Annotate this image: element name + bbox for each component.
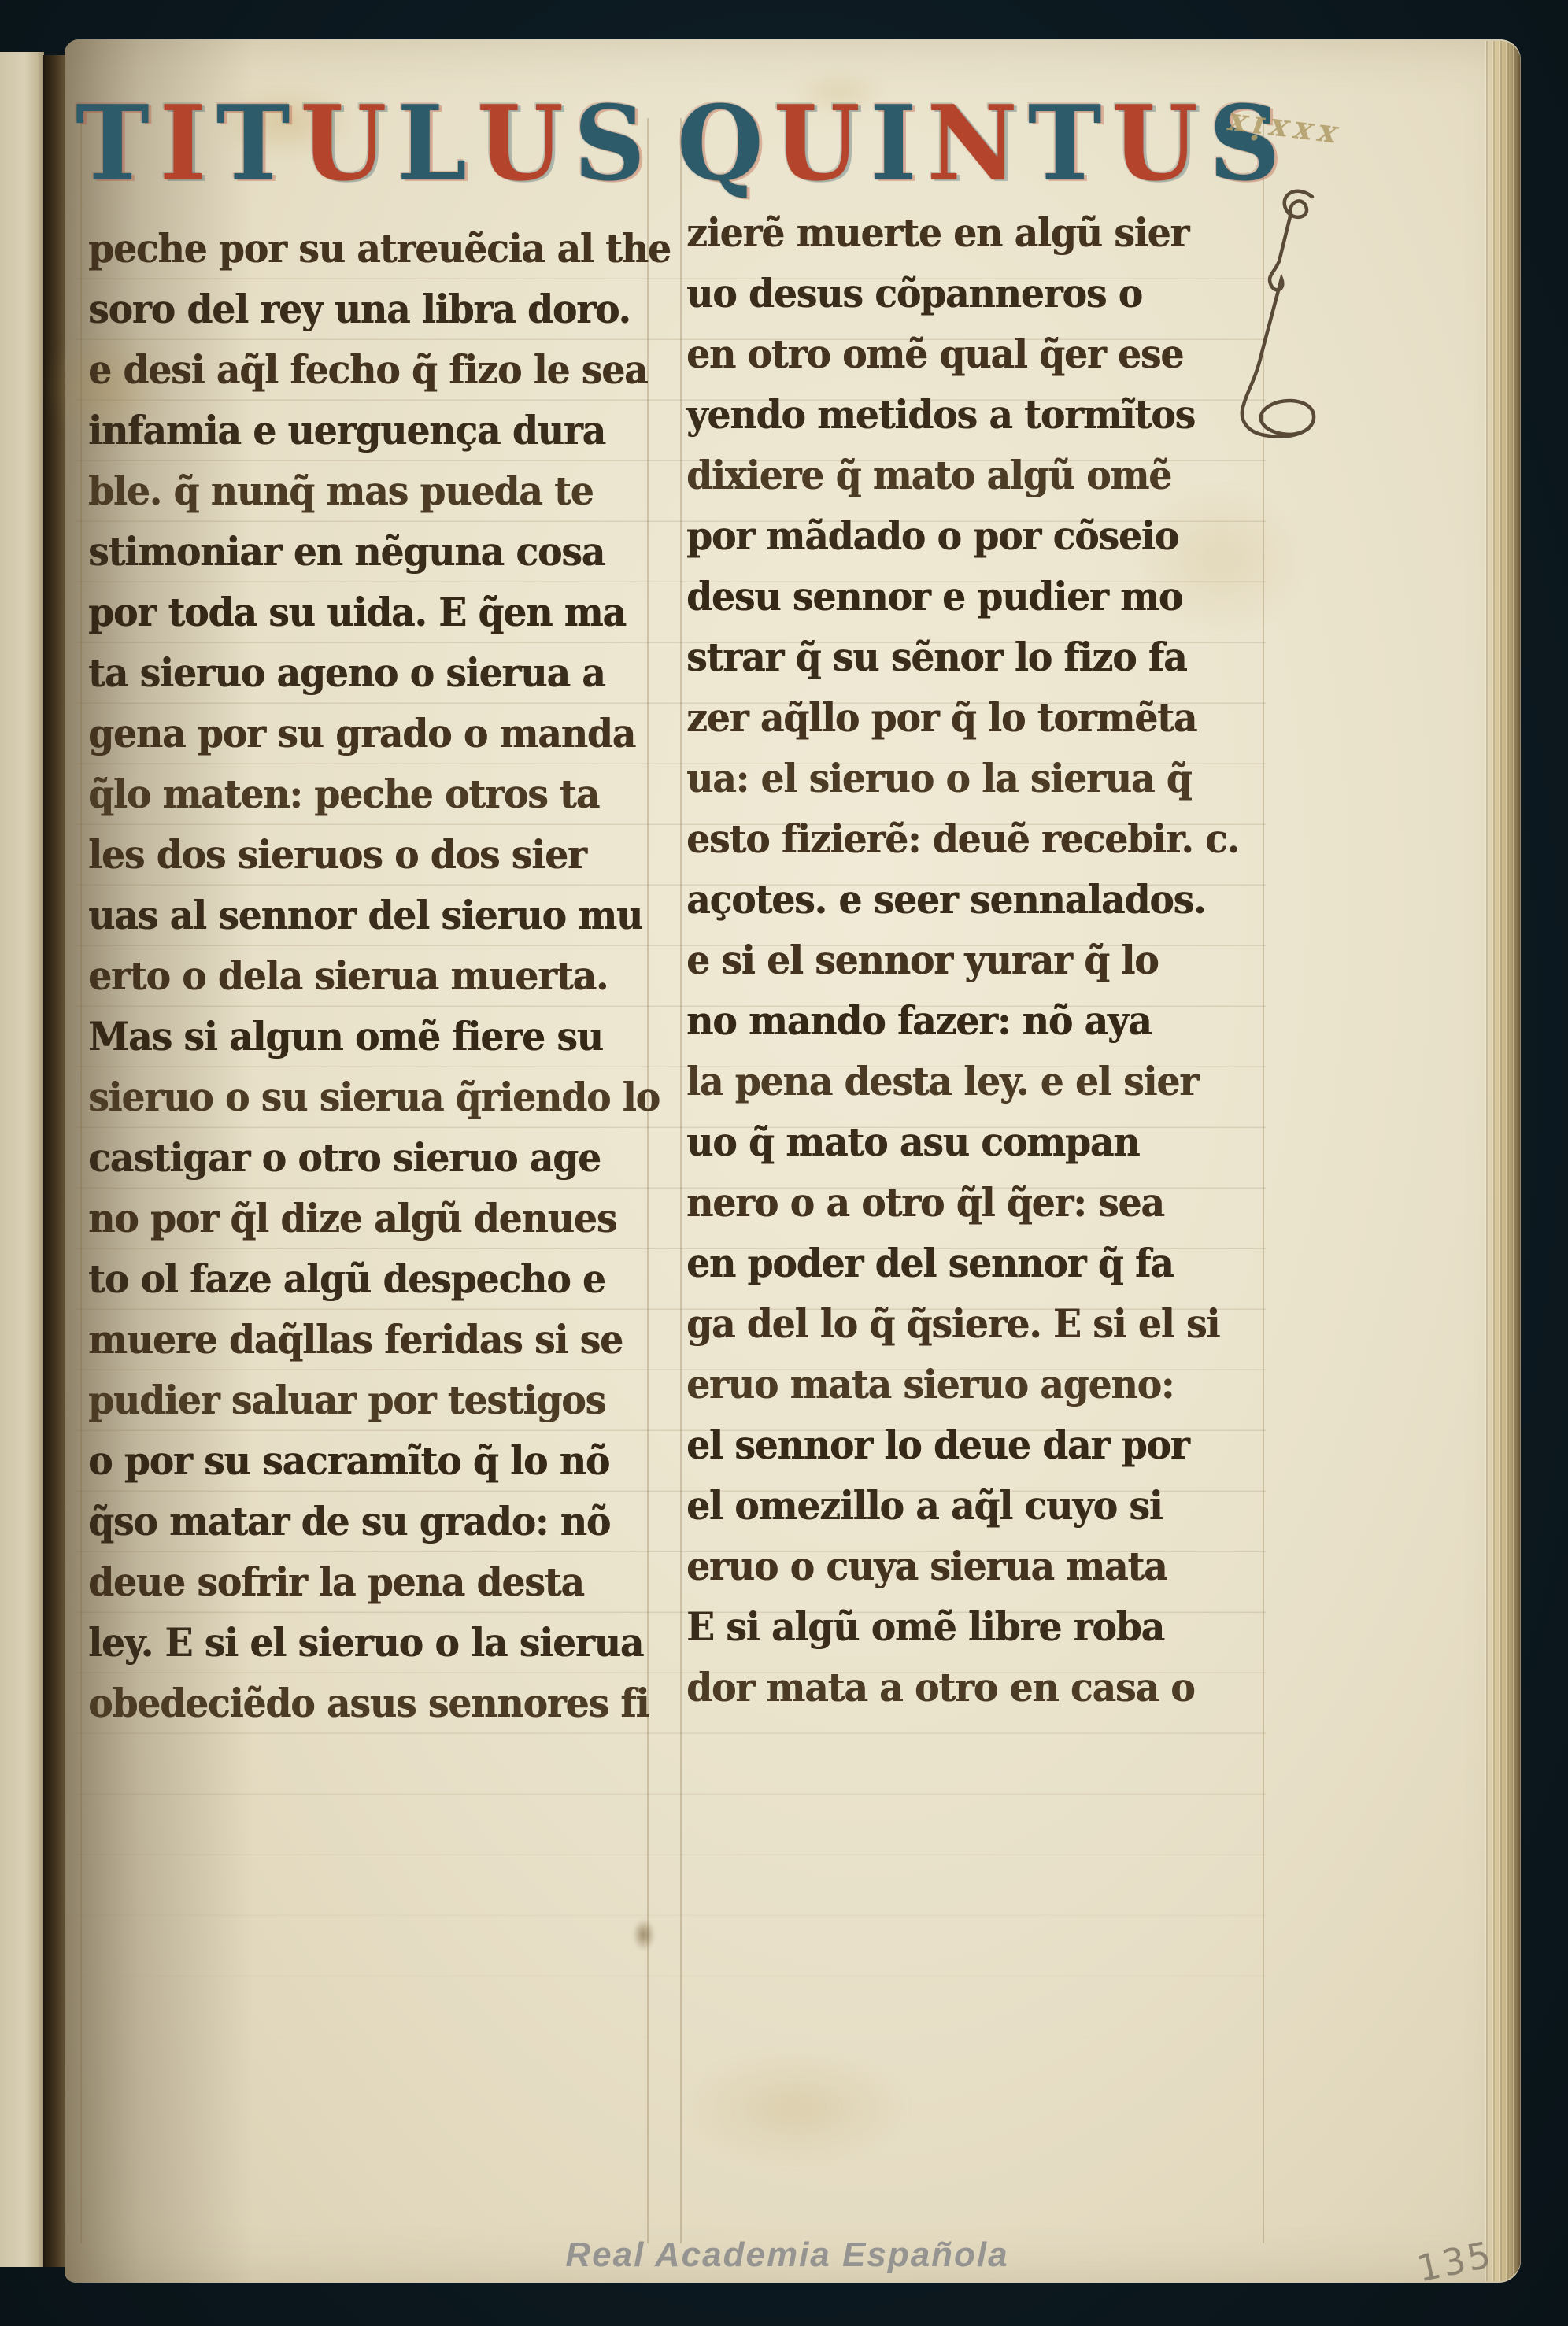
manuscript-line: q̃so matar de su grado: nõ xyxy=(88,1490,663,1555)
manuscript-line: desu sennor e pudier mo xyxy=(686,565,1261,630)
manuscript-line: gena por su grado o manda xyxy=(88,702,663,767)
illuminated-letter: Q xyxy=(677,83,774,204)
manuscript-line: uo q̃ mato asu compan xyxy=(686,1111,1261,1175)
left-text-column: peche por su atreuẽcia al thesoro del re… xyxy=(88,219,663,1734)
manuscript-line: zierẽ muerte en algũ sier xyxy=(686,202,1261,266)
manuscript-line: dixiere q̃ mato algũ omẽ xyxy=(686,444,1261,508)
vertical-ruling-line xyxy=(80,118,82,2243)
manuscript-line: el sennor lo deue dar por xyxy=(686,1414,1261,1478)
illuminated-letter: U xyxy=(477,83,574,204)
right-text-column: zierẽ muerte en algũ sieruo desus cõpann… xyxy=(686,203,1261,1718)
manuscript-photo: { "page": { "title": { "word1": "TITULUS… xyxy=(0,0,1568,2326)
manuscript-line: no mando fazer: nõ aya xyxy=(686,989,1261,1054)
manuscript-line: esto fizierẽ: deuẽ recebir. c. xyxy=(686,808,1261,872)
illuminated-letter: L xyxy=(397,83,477,204)
manuscript-line: castigar o otro sieruo age xyxy=(88,1126,663,1191)
illuminated-letter: T xyxy=(216,83,301,204)
manuscript-line: pudier saluar por testigos xyxy=(88,1369,663,1433)
manuscript-line: o por su sacramĩto q̃ lo nõ xyxy=(88,1429,663,1494)
illuminated-letter: U xyxy=(1112,83,1209,204)
manuscript-line: strar q̃ su sẽnor lo fizo fa xyxy=(686,626,1261,690)
manuscript-line: soro del rey una libra doro. xyxy=(88,278,663,342)
manuscript-line: uo desus cõpanneros o xyxy=(686,262,1261,327)
illuminated-letter: N xyxy=(927,83,1028,204)
library-watermark: Real Academia Española xyxy=(543,2235,1031,2275)
manuscript-line: e desi aq̃l fecho q̃ fizo le sea xyxy=(88,338,663,403)
illuminated-letter: U xyxy=(774,83,871,204)
manuscript-line: la pena desta ley. e el sier xyxy=(686,1050,1261,1115)
manuscript-line: E si algũ omẽ libre roba xyxy=(686,1596,1261,1660)
manuscript-line: muere daq̃llas feridas si se xyxy=(88,1308,663,1373)
title-word-titulus: TITULUS xyxy=(76,85,656,219)
illuminated-letter: I xyxy=(160,83,216,204)
leaf-edge-lines xyxy=(1485,41,1521,2281)
manuscript-line: ua: el sieruo o la sierua q̃ xyxy=(686,747,1261,812)
manuscript-line: el omezillo a aq̃l cuyo si xyxy=(686,1474,1261,1539)
manuscript-line: eruo o cuya sierua mata xyxy=(686,1535,1261,1599)
manuscript-line: stimoniar en nẽguna cosa xyxy=(88,520,663,585)
manuscript-line: Mas si algun omẽ fiere su xyxy=(88,1005,663,1070)
manuscript-line: to ol faze algũ despecho e xyxy=(88,1248,663,1312)
manuscript-line: no por q̃l dize algũ denues xyxy=(88,1187,663,1252)
manuscript-line: por mãdado o por cõseio xyxy=(686,505,1261,569)
manuscript-line: açotes. e seer sennalados. xyxy=(686,868,1261,933)
manuscript-line: ga del lo q̃ q̃siere. E si el si xyxy=(686,1292,1261,1357)
manuscript-line: por toda su uida. E q̃en ma xyxy=(88,581,663,645)
illuminated-letter: T xyxy=(1028,83,1112,204)
vertical-ruling-line xyxy=(680,118,682,2243)
manuscript-line: nero o a otro q̃l q̃er: sea xyxy=(686,1171,1261,1236)
illuminated-letter: T xyxy=(76,83,160,204)
manuscript-line: ble. q̃ nunq̃ mas pueda te xyxy=(88,460,663,524)
manuscript-line: zer aq̃llo por q̃ lo tormẽta xyxy=(686,686,1261,751)
manuscript-line: sieruo o su sierua q̃riendo lo xyxy=(88,1066,663,1130)
manuscript-line: eruo mata sieruo ageno: xyxy=(686,1353,1261,1418)
illuminated-letter: U xyxy=(300,83,397,204)
previous-leaf-edge xyxy=(0,52,44,2267)
manuscript-line: deue sofrir la pena desta xyxy=(88,1551,663,1615)
manuscript-line: erto o dela sierua muerta. xyxy=(88,945,663,1009)
right-leaf-stack-edge xyxy=(1485,41,1521,2281)
manuscript-line: uas al sennor del sieruo mu xyxy=(88,884,663,949)
manuscript-line: en poder del sennor q̃ fa xyxy=(686,1232,1261,1296)
illuminated-letter: I xyxy=(871,83,927,204)
manuscript-line: infamia e uerguença dura xyxy=(88,399,663,464)
manuscript-line: en otro omẽ qual q̃er ese xyxy=(686,323,1261,387)
manuscript-line: q̃lo maten: peche otros ta xyxy=(88,763,663,827)
manuscript-line: obedeciẽdo asus sennores fi xyxy=(88,1672,663,1736)
manuscript-line: peche por su atreuẽcia al the xyxy=(88,217,663,282)
manuscript-line: ley. E si el sieruo o la sierua xyxy=(88,1611,663,1676)
manuscript-line: dor mata a otro en casa o xyxy=(686,1656,1261,1721)
title-word-quintus: QUINTUS xyxy=(677,85,1290,219)
manuscript-line: yendo metidos a tormĩtos xyxy=(686,383,1261,448)
manuscript-line: les dos sieruos o dos sier xyxy=(88,823,663,888)
manuscript-line: e si el sennor yurar q̃ lo xyxy=(686,929,1261,993)
manuscript-line: ta sieruo ageno o sierua a xyxy=(88,642,663,706)
illuminated-letter: S xyxy=(574,83,656,204)
